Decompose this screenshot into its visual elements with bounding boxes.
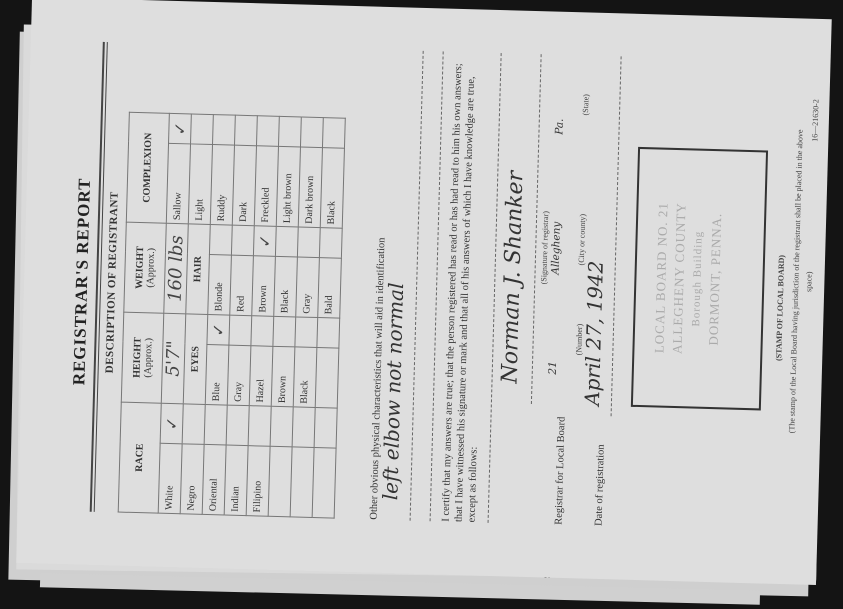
complexion-option: Light brown xyxy=(276,146,300,227)
race-option: Negro xyxy=(180,444,204,515)
date-label: Date of registration xyxy=(593,444,608,526)
complexion-option: Black xyxy=(320,148,344,229)
local-board-city: Allegheny xyxy=(550,222,564,275)
complexion-check: ✓ xyxy=(169,113,192,144)
height-header: HEIGHT(Approx.) xyxy=(121,312,163,403)
form-number: 16—21630-2 xyxy=(808,99,822,142)
complexion-option: Dark brown xyxy=(298,147,322,228)
card-content: REGISTRAR'S REPORT DESCRIPTION OF REGIST… xyxy=(37,20,811,561)
stamp-caption: (STAMP OF LOCAL BOARD) xyxy=(772,255,788,361)
hair-option: Gray xyxy=(296,257,320,318)
other-characteristics-value: left elbow not normal xyxy=(384,282,403,500)
city-caption: (City or county) xyxy=(575,214,589,266)
complexion-option: Light xyxy=(188,144,212,225)
state-caption: (State) xyxy=(579,94,593,116)
eyes-option: Brown xyxy=(271,346,295,407)
hair-option: Brown xyxy=(252,256,276,317)
eyes-check: ✓ xyxy=(207,314,230,345)
hair-option: Black xyxy=(274,256,298,317)
dotted-line xyxy=(410,51,424,521)
complexion-option: Sallow xyxy=(166,143,190,224)
dotted-line xyxy=(611,56,622,416)
race-option: Indian xyxy=(224,445,248,516)
certification-text: I certify that my answers are true; that… xyxy=(440,52,492,523)
hair-header: HAIR xyxy=(186,224,211,315)
local-board-label: Registrar for Local Board xyxy=(553,417,569,525)
race-option: Filipino xyxy=(246,446,270,517)
eyes-option: Gray xyxy=(227,345,251,406)
race-option: Oriental xyxy=(202,444,226,515)
height-value: 5'7" xyxy=(161,313,186,404)
local-board-number: 21 xyxy=(547,361,560,375)
complexion-option: Ruddy xyxy=(210,145,234,226)
eyes-option: Hazel xyxy=(249,346,273,407)
date-value: April 27, 1942 xyxy=(586,261,603,406)
complexion-option: Freckled xyxy=(254,146,278,227)
race-option: White xyxy=(158,443,182,514)
hair-option: Blonde xyxy=(208,254,232,315)
weight-value: 160 lbs xyxy=(164,223,189,314)
registration-card: REGISTRAR'S REPORT DESCRIPTION OF REGIST… xyxy=(16,0,831,585)
race-header: RACE xyxy=(118,402,161,513)
eyes-header: EYES xyxy=(183,314,208,405)
complexion-option: Dark xyxy=(232,145,256,226)
local-board-stamp: LOCAL BOARD NO. 21 ALLEGHENY COUNTY Boro… xyxy=(631,147,768,411)
hair-option: Bald xyxy=(318,258,342,319)
hair-option: Red xyxy=(230,255,254,316)
hair-check: ✓ xyxy=(253,226,276,257)
footnote: (The stamp of the Local Board having jur… xyxy=(785,121,820,442)
eyes-option: Black xyxy=(293,347,317,408)
registrar-signature: Norman J. Shanker xyxy=(503,171,522,384)
complexion-header: COMPLEXION xyxy=(126,112,169,223)
local-board-state: Pa. xyxy=(553,118,566,135)
race-check: ✓ xyxy=(160,403,183,444)
description-table: RACE HEIGHT(Approx.) WEIGHT(Approx.) COM… xyxy=(118,112,346,519)
eyes-option: Blue xyxy=(205,344,229,405)
weight-header: WEIGHT(Approx.) xyxy=(124,222,166,313)
